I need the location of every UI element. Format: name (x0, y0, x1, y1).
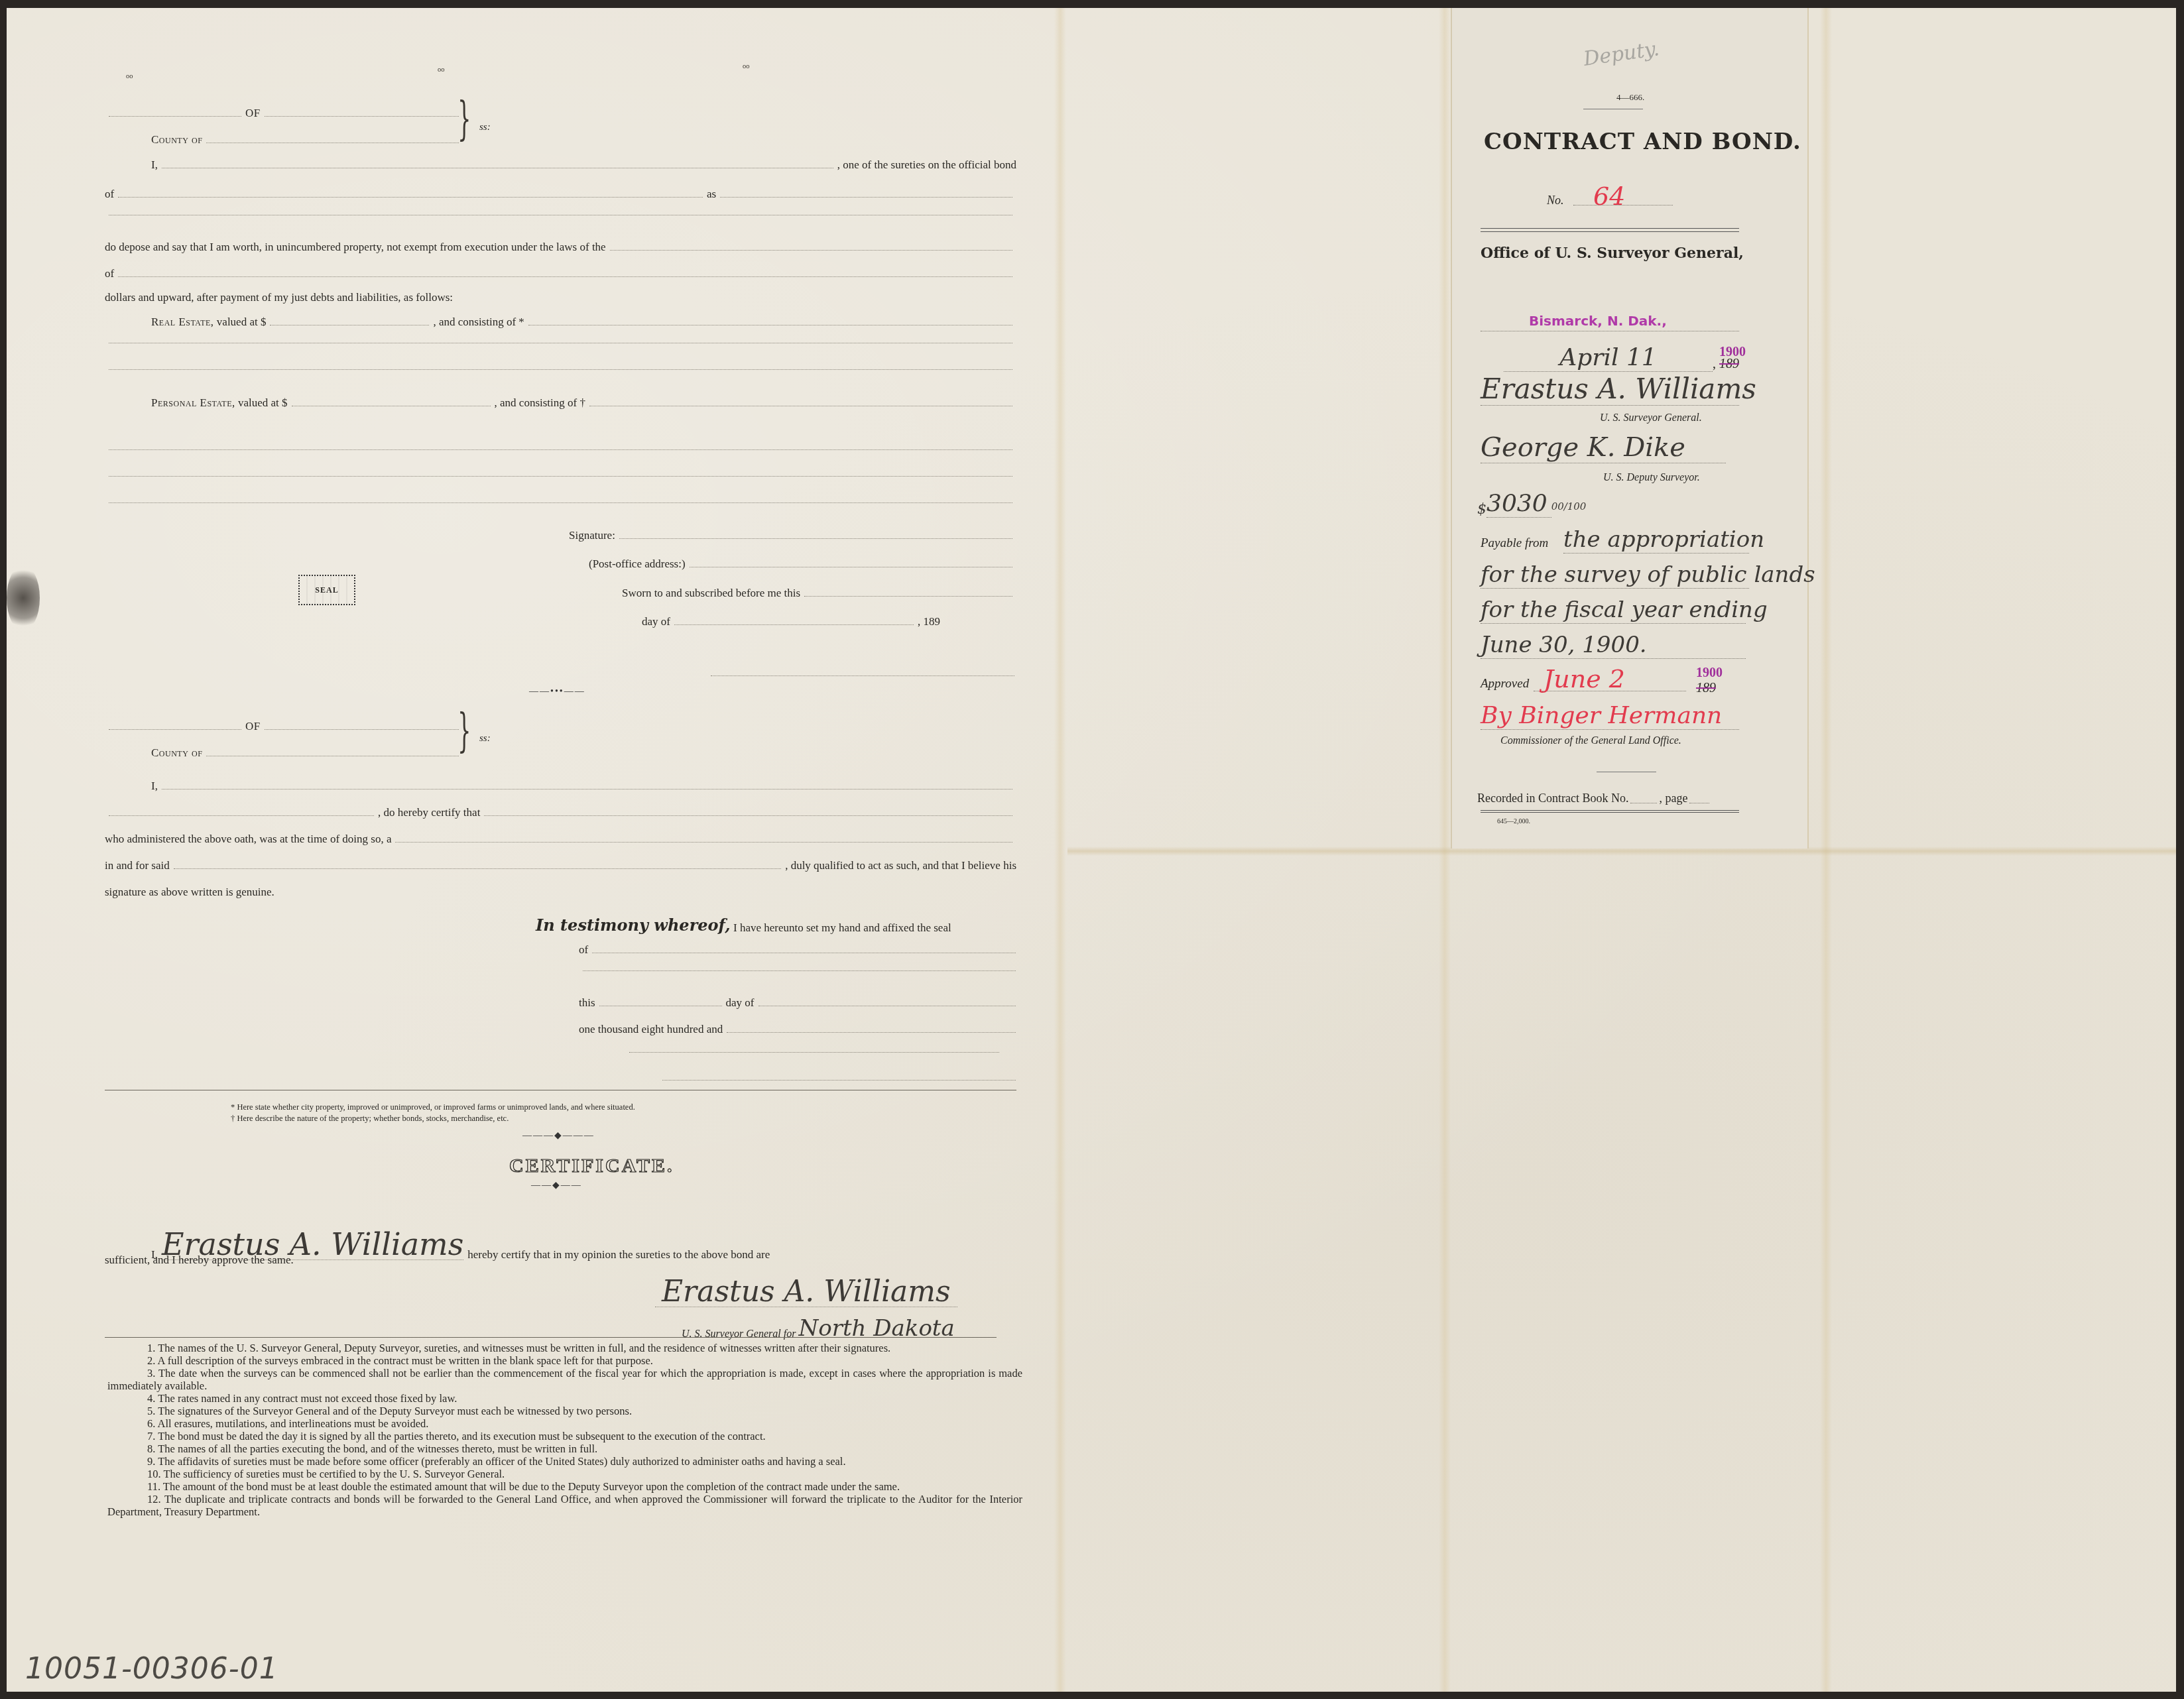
deputy-signature[interactable]: George K. Dike (1481, 432, 1726, 463)
instruction-item: 1. The names of the U. S. Surveyor Gener… (107, 1342, 1022, 1354)
county-label: County of (151, 747, 202, 758)
principal-field[interactable] (118, 197, 703, 198)
footnote: † Here describe the nature of the proper… (231, 1113, 509, 1124)
form-number: 4—666. (1616, 92, 1644, 103)
court-field[interactable] (592, 953, 1016, 953)
personal-estate-description-field[interactable] (589, 406, 1012, 406)
notary-seal: SEAL (298, 575, 355, 605)
this-label: this (579, 997, 595, 1008)
number-label: No. (1547, 194, 1564, 207)
approved-date[interactable]: June 2 (1544, 664, 1625, 693)
amount-row: $ 3030 00/100 (1477, 490, 1586, 518)
payable-label: Payable from (1481, 536, 1548, 551)
commissioner-signature[interactable]: By Binger Hermann (1481, 702, 1739, 730)
dollars-text: dollars and upward, after payment of my … (105, 292, 453, 303)
instructions-list: 1. The names of the U. S. Surveyor Gener… (107, 1342, 1022, 1518)
signature-label: Signature: (569, 530, 615, 541)
contract-book-field[interactable] (1630, 803, 1657, 803)
personal-estate-value-field[interactable] (292, 406, 491, 406)
contract-number[interactable]: 64 (1593, 182, 1625, 211)
month-field[interactable] (758, 1006, 1016, 1006)
officer-name-field[interactable] (484, 815, 1012, 816)
genuine-text: signature as above written is genuine. (105, 886, 274, 898)
bond-amount[interactable]: 3030 (1486, 490, 1551, 518)
consisting-label: , and consisting of † (495, 397, 585, 408)
day-of-label: day of (642, 616, 670, 627)
payable-line[interactable]: for the fiscal year ending (1481, 597, 1746, 624)
punch-hole-mark: ᵒᵒ (438, 64, 444, 78)
instruction-item: 11. The amount of the bond must be at le… (107, 1480, 1022, 1493)
divider-ornament: ——•••—— (529, 687, 585, 697)
year-stamp: 1900 (1719, 345, 1746, 360)
capacity-field[interactable] (720, 197, 1012, 198)
county-field[interactable] (206, 143, 459, 143)
county-label: County of (151, 134, 202, 145)
recorded-row: Recorded in Contract Book No. , page (1477, 791, 1711, 805)
blank-line[interactable] (109, 369, 1012, 370)
approved-year-stamp: 1900 (1696, 666, 1723, 681)
year-text: one thousand eight hundred and (579, 1024, 723, 1035)
surveyor-signature[interactable]: Erastus A. Williams (655, 1277, 957, 1307)
seal-label: SEAL (315, 586, 338, 594)
blank-line[interactable] (109, 215, 1012, 215)
sworn-day-field[interactable] (804, 596, 1012, 597)
instruction-item: 8. The names of all the parties executin… (107, 1442, 1022, 1455)
divider-ornament: ———◆——— (522, 1132, 595, 1141)
consisting-label: , and consisting of * (433, 316, 524, 327)
state-of-label: OF (245, 107, 261, 119)
office-heading: Office of U. S. Surveyor General, (1481, 245, 1744, 262)
cover-title: CONTRACT AND BOND. (1484, 129, 1801, 155)
certify-text: , do hereby certify that (378, 807, 480, 818)
approved-year-printed: 189 (1696, 681, 1716, 695)
officer-title-field[interactable] (395, 842, 1012, 843)
deputy-caption: U. S. Deputy Surveyor. (1603, 472, 1700, 484)
approved-year: 1900 189 (1696, 666, 1723, 696)
post-office-field[interactable] (690, 567, 1012, 567)
instruction-item: 3. The date when the surveys can be comm… (107, 1367, 1022, 1392)
year-field[interactable] (727, 1032, 1016, 1033)
instruction-item: 4. The rates named in any contract must … (107, 1392, 1022, 1405)
payable-line[interactable]: for the survey of public lands (1481, 561, 1749, 589)
testimony-heading: In testimony whereof, (536, 917, 731, 933)
bond-cents: 00/100 (1551, 500, 1587, 512)
divider-ornament: ——◆—— (531, 1181, 582, 1191)
administered-text: who administered the above oath, was at … (105, 833, 391, 845)
real-estate-label: Real Estate, (151, 316, 214, 327)
valued-label: valued at $ (238, 397, 288, 408)
rule (1597, 772, 1656, 772)
recorded-label: Recorded in Contract Book No. (1477, 791, 1628, 805)
in-and-for-text: in and for said (105, 860, 170, 871)
commissioner-caption: Commissioner of the General Land Office. (1500, 735, 1681, 747)
punch-hole-mark: ᵒᵒ (743, 61, 749, 75)
depose-text: do depose and say that I am worth, in un… (105, 241, 606, 253)
section-divider (105, 1090, 1016, 1090)
rule (1583, 109, 1643, 109)
fold-line (1054, 8, 1066, 1692)
real-estate-description-field[interactable] (528, 325, 1012, 325)
surety-intro-text: , one of the sureties on the official bo… (837, 159, 1016, 170)
double-rule (1481, 228, 1739, 232)
duly-qualified-text: , duly qualified to act as such, and tha… (785, 860, 1016, 871)
surety-name-field[interactable] (162, 168, 833, 168)
clerk-title-line[interactable] (662, 1080, 1016, 1081)
date-row: April 11 , 1900 189 (1504, 344, 1739, 372)
instruction-item: 6. All erasures, mutilations, and interl… (107, 1417, 1022, 1430)
sworn-month-field[interactable] (674, 624, 914, 625)
blank-line[interactable] (583, 970, 1016, 971)
of-label: of (105, 188, 114, 200)
post-office-label: (Post-office address:) (589, 558, 686, 569)
page-label: , page (1659, 791, 1687, 805)
punch-hole-mark: ᵒᵒ (126, 71, 133, 85)
clerk-name-field[interactable] (162, 789, 1012, 790)
place-line (1481, 331, 1739, 331)
payable-line[interactable]: the appropriation (1563, 526, 1749, 554)
as-label: as (707, 188, 716, 200)
payable-line[interactable]: June 30, 1900. (1481, 632, 1746, 659)
state-field[interactable] (265, 729, 459, 730)
ss-label: ss: (479, 734, 491, 744)
state-field[interactable] (265, 116, 459, 117)
sworn-label: Sworn to and subscribed before me this (622, 587, 800, 599)
footnote: * Here state whether city property, impr… (231, 1102, 635, 1112)
county-field[interactable] (206, 756, 459, 756)
state-laws-field[interactable] (610, 250, 1012, 251)
officer-signature-field[interactable] (711, 675, 1014, 676)
place-stamp: Bismarck, N. Dak., (1529, 313, 1667, 329)
print-run: 645—2,000. (1497, 818, 1530, 825)
dollar-amount-field[interactable] (118, 276, 1012, 277)
testimony-text: I have hereunto set my hand and affixed … (733, 922, 951, 933)
instruction-item: 2. A full description of the surveys emb… (107, 1354, 1022, 1367)
valued-label: valued at $ (217, 316, 267, 327)
approve-text: sufficient, and I hereby approve the sam… (105, 1254, 294, 1265)
jurisdiction-field[interactable] (174, 868, 781, 869)
pencil-note: Deputy. (1582, 37, 1661, 71)
double-rule (1481, 810, 1739, 813)
blank-line[interactable] (109, 476, 1012, 477)
signature-field[interactable] (619, 538, 1012, 539)
clerk-signature-field[interactable] (629, 1052, 999, 1053)
real-estate-value-field[interactable] (270, 325, 429, 325)
ss-label: ss: (479, 123, 491, 133)
contract-date[interactable]: April 11 (1504, 344, 1713, 372)
approved-label: Approved (1481, 677, 1529, 691)
surveyor-general-signature[interactable]: Erastus A. Williams (1481, 373, 1739, 406)
archive-id: 10051-00306-01 (25, 1652, 278, 1686)
instruction-item: 12. The duplicate and triplicate contrac… (107, 1493, 1022, 1518)
certify-text: hereby certify that in my opinion the su… (467, 1249, 770, 1260)
i-label: I, (151, 780, 158, 791)
blank-line[interactable] (109, 502, 1012, 503)
state-of-label: OF (245, 721, 261, 732)
dollar-sign: $ (1477, 501, 1486, 518)
contract-cover: Deputy. 4—666. CONTRACT AND BOND. No. 64… (1451, 16, 1809, 856)
instruction-item: 10. The sufficiency of sureties must be … (107, 1468, 1022, 1480)
day-field[interactable] (599, 1006, 722, 1006)
document-sheet: ᵒᵒ ᵒᵒ ᵒᵒ OF } ss: County of I, , one of … (7, 8, 2176, 1692)
surveyor-general-caption: U. S. Surveyor General. (1600, 412, 1702, 424)
instruction-item: 5. The signatures of the Surveyor Genera… (107, 1405, 1022, 1417)
personal-estate-label: Personal Estate, (151, 397, 235, 408)
day-of-label: day of (726, 997, 755, 1008)
clerk-title-field[interactable] (109, 815, 374, 816)
i-label: I, (151, 159, 158, 170)
blank-line[interactable] (109, 343, 1012, 343)
certificate-title: CERTIFICATE. (509, 1156, 674, 1176)
blank-line[interactable] (109, 449, 1012, 450)
state-handwritten[interactable]: North Dakota (798, 1317, 954, 1340)
instruction-item: 9. The affidavits of sureties must be ma… (107, 1455, 1022, 1468)
ink-blot (7, 565, 40, 631)
surveyor-caption: U. S. Surveyor General for (682, 1329, 796, 1340)
year-label: , 189 (918, 616, 940, 627)
page-field[interactable] (1689, 803, 1709, 803)
of-label: of (579, 944, 588, 955)
section-divider (105, 1337, 997, 1338)
instruction-item: 7. The bond must be dated the day it is … (107, 1430, 1022, 1442)
of-label: of (105, 268, 114, 279)
